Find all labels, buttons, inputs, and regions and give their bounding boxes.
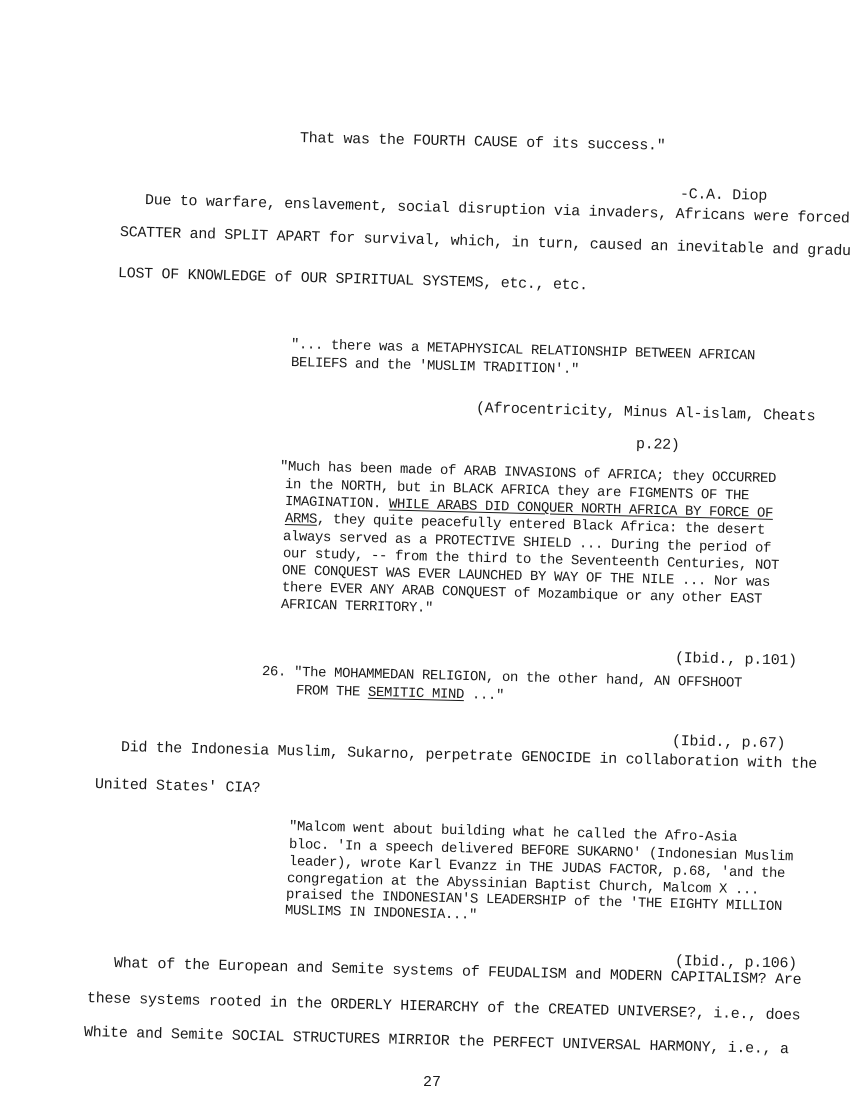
underlined-text: ARMS [285,511,317,528]
citation-line: p.22) [636,436,680,455]
quote-line: MUSLIMS IN INDONESIA..." [285,904,477,923]
footnote-number: 26. [262,664,286,681]
citation-ibid-67: (Ibid., p.67) [672,733,785,753]
underlined-text: SEMITIC MIND [368,685,464,703]
quote-ending-line: That was the FOURTH CAUSE of its success… [300,130,666,156]
quote-line: AFRICAN TERRITORY." [281,598,433,616]
quote-line: FROM THE SEMITIC MIND ..." [296,684,504,703]
paragraph-line: these systems rooted in the ORDERLY HIER… [87,990,801,1025]
document-page: That was the FOURTH CAUSE of its success… [0,0,850,1115]
citation-line: (Afrocentricity, Minus Al-islam, Cheats [476,400,816,426]
paragraph-line: United States' CIA? [95,776,261,798]
page-number: 27 [423,1074,441,1091]
quote-text: ..." [464,687,504,704]
paragraph-line: LOST OF KNOWLEDGE of OUR SPIRITUAL SYSTE… [118,265,588,295]
attribution: -C.A. Diop [680,186,767,206]
paragraph-line: SCATTER and SPLIT APART for survival, wh… [120,224,850,262]
paragraph-line: White and Semite SOCIAL STRUCTURES MIRRI… [84,1024,789,1059]
citation-ibid-101: (Ibid., p.101) [675,650,797,671]
quote-line: BELIEFS and the 'MUSLIM TRADITION'." [291,356,579,377]
quote-text: FROM THE [296,683,368,701]
quote-text: IMAGINATION. [285,494,389,513]
